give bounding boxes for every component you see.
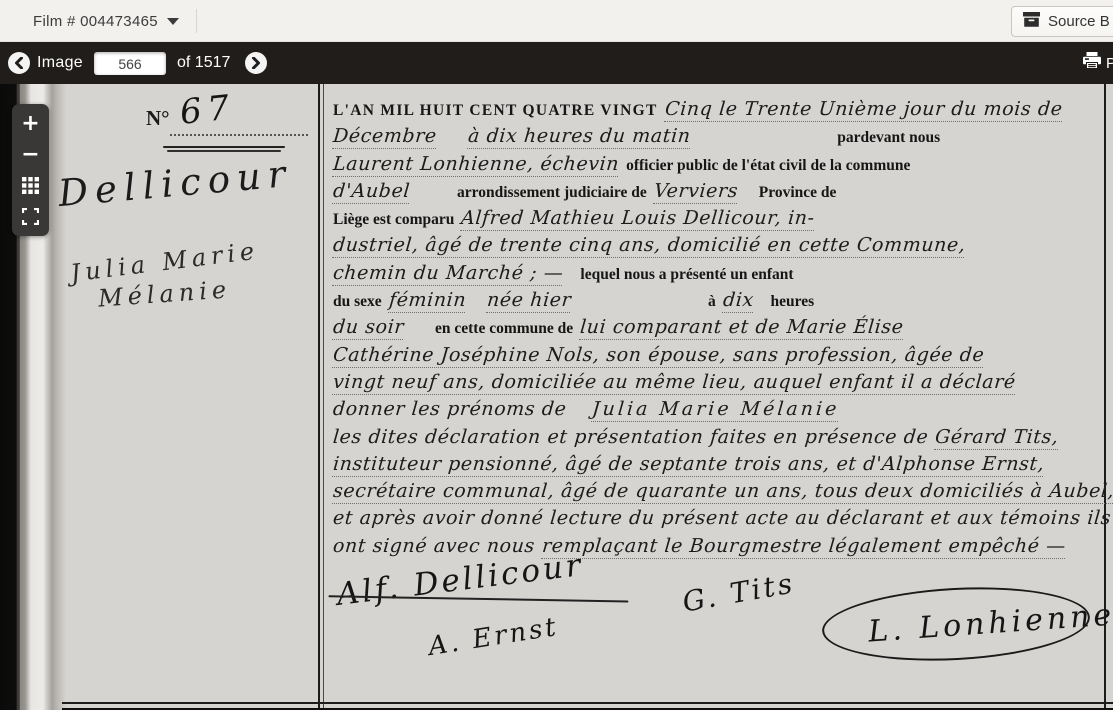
chevron-left-icon [14,57,24,69]
source-box-label: Source B [1048,13,1110,30]
document-line: secrétaire communal, âgé de quarante un … [333,480,1108,507]
document-line: d'Aubelarrondissement judiciaire deVervi… [333,180,1108,207]
text-segment: dustriel, âgé de trente cinq ans, domici… [332,234,967,258]
text-segment: arrondissement judiciaire de [457,184,647,201]
document-line: chemin du Marché ; —lequel nous a présen… [333,262,1108,289]
text-segment: féminin [388,289,467,313]
print-icon [1083,52,1101,74]
document-line: les dites déclaration et présentation fa… [333,426,1108,453]
text-segment: lequel nous a présenté un enfant [580,266,793,283]
act-number-underline [170,134,308,136]
form-vertical-rule [323,84,324,710]
text-segment: donner les prénoms de [332,398,567,420]
next-image-button[interactable] [245,52,267,74]
text-segment: L'AN MIL HUIT CENT QUATRE VINGT [333,102,658,119]
text-segment: ont signé avec nous [332,535,536,557]
text-segment: Alfred Mathieu Louis Dellicour, in- [460,207,816,231]
text-segment: d'Aubel [332,180,411,204]
document-line: ont signé avec nousremplaçant le Bourgme… [333,535,1108,562]
film-viewer-window: Film # 004473465 Source B Image of 1517 … [0,0,1113,710]
fullscreen-icon [22,208,39,225]
plus-icon: + [21,113,39,135]
text-segment: Julia Marie Mélanie [590,398,839,422]
document-line: du soiren cette commune delui comparant … [333,316,1108,343]
text-segment: lui comparant et de Marie Élise [579,316,905,340]
text-segment: dix [722,289,755,313]
divider [196,9,197,33]
text-segment: vingt neuf ans, domiciliée au même lieu,… [332,371,1017,395]
thumbnail-grid-button[interactable] [12,170,49,201]
document-line: Cathérine Joséphine Nols, son épouse, sa… [333,344,1108,371]
chevron-down-icon [167,18,179,25]
text-segment: Liège est comparu [333,211,454,228]
image-number-input[interactable] [94,52,166,75]
text-segment: née hier [486,289,572,313]
document-line: dustriel, âgé de trente cinq ans, domici… [333,234,1108,261]
text-segment: Province de [759,184,837,201]
top-bar: Film # 004473465 Source B [0,0,1113,42]
form-vertical-rule [318,84,320,710]
document-line: Décembreà dix heures du matinpardevant n… [333,125,1108,152]
image-label: Image [37,42,83,84]
text-segment: Décembre [332,125,438,149]
text-segment: les dites déclaration et présentation fa… [332,426,929,448]
margin-flourish-rule [167,150,281,152]
margin-surname: Dellicour [57,152,294,215]
signature: G. Tits [680,566,797,618]
viewer-toolbar: + − [12,104,49,236]
text-segment: et après avoir donné lecture du présent … [332,507,1112,529]
source-box-icon [1023,12,1040,32]
document-line: Laurent Lonhienne, échevinofficier publi… [333,153,1108,180]
document-body-lines: L'AN MIL HUIT CENT QUATRE VINGTCinq le T… [333,98,1108,562]
document-line: L'AN MIL HUIT CENT QUATRE VINGTCinq le T… [333,98,1108,125]
text-segment: instituteur pensionné, âgé de septante t… [332,453,1045,477]
text-segment: secrétaire communal, âgé de quarante un … [332,480,1113,504]
text-segment: Gérard Tits, [934,426,1060,450]
text-segment: Cathérine Joséphine Nols, son épouse, sa… [332,344,985,368]
signature: A. Ernst [426,612,560,662]
previous-image-button[interactable] [8,52,30,74]
text-segment: en cette commune de [435,320,573,337]
text-segment: à [708,293,716,310]
film-number-label: Film # 004473465 [33,13,158,30]
print-label: P [1106,55,1113,72]
fullscreen-button[interactable] [12,201,49,232]
grid-icon [22,177,39,194]
document-line: et après avoir donné lecture du présent … [333,507,1108,534]
text-segment: du soir [332,316,405,340]
document-line: donner les prénoms deJulia Marie Mélanie [333,398,1108,425]
chevron-right-icon [251,57,261,69]
text-segment: Cinq le Trente Unième jour du mois de [664,98,1064,122]
margin-flourish-rule [163,146,285,148]
document-line: instituteur pensionné, âgé de septante t… [333,453,1108,480]
zoom-in-button[interactable]: + [12,108,49,139]
act-number-value: 67 [178,87,237,133]
text-segment: à dix heures du matin [467,125,692,149]
film-number-selector[interactable]: Film # 004473465 [33,0,179,42]
text-segment: chemin du Marché ; — [332,262,565,286]
minus-icon: − [21,144,39,166]
text-segment: heures [771,293,815,310]
act-number-label: N° [146,106,170,131]
print-button[interactable]: P [1083,42,1113,84]
document-line: Liège est comparuAlfred Mathieu Louis De… [333,207,1108,234]
text-segment: remplaçant le Bourgmestre légalement emp… [541,535,1067,559]
document-image-canvas[interactable]: N° 67 Dellicour Julia Marie Mélanie L'AN… [0,84,1113,710]
text-segment: Laurent Lonhienne, échevin [332,153,620,177]
text-segment: pardevant nous [837,129,940,146]
form-bottom-rule [62,702,1113,704]
document-line: du sexefémininnée hieràdixheures [333,289,1108,316]
image-nav-bar: Image of 1517 P [0,42,1113,84]
document-line: vingt neuf ans, domiciliée au même lieu,… [333,371,1108,398]
source-box-button[interactable]: Source B [1011,6,1113,37]
text-segment: du sexe [333,293,382,310]
image-total-label: of 1517 [177,42,230,84]
text-segment: officier public de l'état civil de la co… [626,157,910,174]
text-segment: Verviers [653,180,739,204]
zoom-out-button[interactable]: − [12,139,49,170]
